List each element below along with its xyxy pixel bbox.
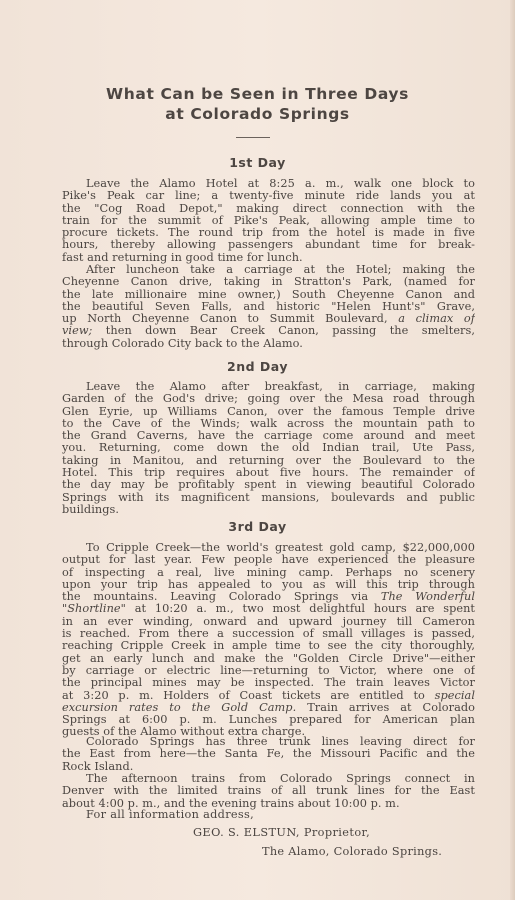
- day2-paragraph-1: Leave the Alamo after breakfast, in carr…: [62, 381, 475, 516]
- text-line: To Cripple Creek—the world's greatest go…: [62, 542, 475, 554]
- text-line: Garden of the God's drive; going over th…: [62, 393, 475, 405]
- day3-paragraph-3: The afternoon trains from Colorado Sprin…: [62, 773, 475, 810]
- text-line: Rock Island.: [62, 761, 475, 773]
- text-line: The afternoon trains from Colorado Sprin…: [62, 773, 475, 785]
- text-line: Glen Eyrie, up Williams Canon, over the …: [62, 406, 475, 418]
- text-line: view; then down Bear Creek Canon, passin…: [62, 325, 475, 337]
- text-line: the principal mines may be inspected. Th…: [62, 677, 475, 689]
- text-line: at 3:20 p. m. Holders of Coast tickets a…: [62, 690, 475, 702]
- text-line: Leave the Alamo after breakfast, in carr…: [62, 381, 475, 393]
- text-line: the East from here—the Santa Fe, the Mis…: [62, 748, 475, 760]
- text-line: to the Cave of the Winds; walk across th…: [62, 418, 475, 430]
- text-line: taking in Manitou, and returning over th…: [62, 455, 475, 467]
- text-line: procure tickets. The round trip from the…: [62, 227, 475, 239]
- text-line: by carriage or electric line—returning t…: [62, 665, 475, 677]
- page-title-line-1: What Can be Seen in Three Days: [0, 84, 515, 104]
- text-line: Springs at 6:00 p. m. Lunches prepared f…: [62, 714, 475, 726]
- text-line: the "Cog Road Depot," making direct conn…: [62, 203, 475, 215]
- day1-heading: 1st Day: [0, 155, 515, 170]
- text-line: up North Cheyenne Canon to Summit Boulev…: [62, 313, 475, 325]
- italic-text: The Wonderful: [381, 591, 475, 603]
- text-line: fast and returning in good time for lunc…: [62, 252, 475, 264]
- day3-heading: 3rd Day: [0, 519, 515, 534]
- text-line: of inspecting a real, live mining camp. …: [62, 567, 475, 579]
- text-line: Springs with its magnificent mansions, b…: [62, 492, 475, 504]
- day1-paragraph-1: Leave the Alamo Hotel at 8:25 a. m., wal…: [62, 178, 475, 264]
- text-line: the Grand Caverns, have the carriage com…: [62, 430, 475, 442]
- text-line: hours, thereby allowing passengers abund…: [62, 239, 475, 251]
- text-line: Colorado Springs has three trunk lines l…: [62, 736, 475, 748]
- text-line: "Shortline" at 10:20 a. m., two most del…: [62, 603, 475, 615]
- text-line: get an early lunch and make the "Golden …: [62, 653, 475, 665]
- text-line: Cheyenne Canon drive, taking in Stratton…: [62, 276, 475, 288]
- text-line: is reached. From there a succession of s…: [62, 628, 475, 640]
- italic-text: view;: [62, 325, 92, 337]
- page-edge: [510, 0, 515, 900]
- day2-heading: 2nd Day: [0, 359, 515, 374]
- page-title-line-2: at Colorado Springs: [0, 104, 515, 124]
- day3-paragraph-1: To Cripple Creek—the world's greatest go…: [62, 542, 475, 739]
- day1-paragraph-2: After luncheon take a carriage at the Ho…: [62, 264, 475, 350]
- text-line: you. Returning, come down the old Indian…: [62, 442, 475, 454]
- text-line: Denver with the limited trains of all tr…: [62, 785, 475, 797]
- text-line: train for the summit of Pike's Peak, all…: [62, 215, 475, 227]
- text-line: the mountains. Leaving Colorado Springs …: [62, 591, 475, 603]
- contact-line: For all information address,: [86, 808, 254, 821]
- signature: GEO. S. ELSTUN, Proprietor,: [193, 826, 370, 839]
- signature-location: The Alamo, Colorado Springs.: [262, 845, 442, 858]
- title-divider: [236, 137, 270, 138]
- text-line: excursion rates to the Gold Camp. Train …: [62, 702, 475, 714]
- day3-paragraph-2: Colorado Springs has three trunk lines l…: [62, 736, 475, 773]
- text-line: upon your trip has appealed to you as wi…: [62, 579, 475, 591]
- text-line: After luncheon take a carriage at the Ho…: [62, 264, 475, 276]
- text-line: reaching Cripple Creek in ample time to …: [62, 640, 475, 652]
- italic-text: special: [435, 690, 475, 702]
- text-line: Pike's Peak car line; a twenty-five minu…: [62, 190, 475, 202]
- text-line: in an ever winding, onward and upward jo…: [62, 616, 475, 628]
- text-line: through Colorado City back to the Alamo.: [62, 338, 475, 350]
- italic-text: a climax of: [398, 313, 475, 325]
- text-line: Hotel. This trip requires about five hou…: [62, 467, 475, 479]
- text-line: the beautiful Seven Falls, and historic …: [62, 301, 475, 313]
- text-line: buildings.: [62, 504, 475, 516]
- italic-text: excursion rates to the Gold Camp.: [62, 702, 296, 714]
- italic-text: Shortline: [67, 603, 120, 615]
- text-line: the late millionaire mine owner,) South …: [62, 289, 475, 301]
- text-line: the day may be profitably spent in viewi…: [62, 479, 475, 491]
- text-line: Leave the Alamo Hotel at 8:25 a. m., wal…: [62, 178, 475, 190]
- text-line: output for last year. Few people have ex…: [62, 554, 475, 566]
